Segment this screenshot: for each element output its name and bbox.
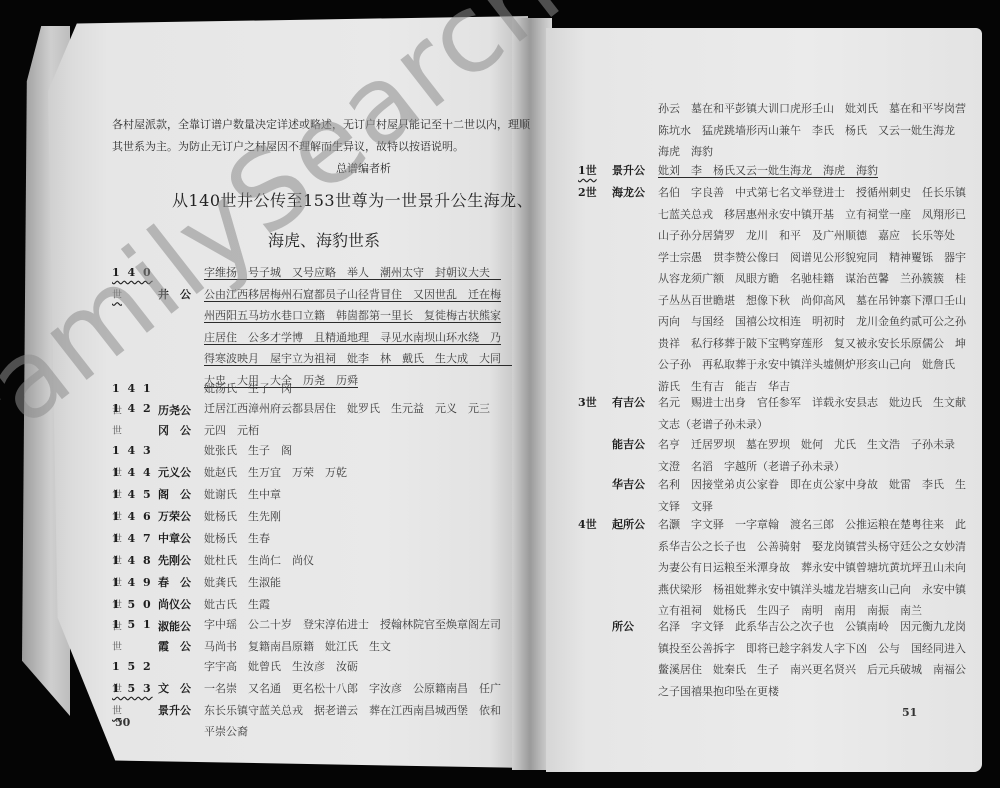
intro-paragraph: 各村屋派款，全靠订谱户数量决定详述或略述，无订户村屋只能记至十二世以内，理顺 其… [112, 114, 512, 158]
entry-text: 妣杨氏 生春 [204, 528, 504, 550]
entry-text: 妣杜氏 生尚仁 尚仪 [204, 550, 504, 572]
entry-text: 迁居江西漳州府云都县居住 妣罗氏 生元益 元义 元三 元四 元栢 [204, 398, 504, 441]
genealogy-entry: 所公名泽 字文铎 此系华吉公之次子也 公镇南岭 因元衡九龙岗镇投至公善拆字 即将… [578, 616, 972, 702]
entry-text: 字维扬 号子城 又号应略 举人 潮州太守 封朝议大夫 公由江西移居梅州石窟都员子… [204, 262, 504, 391]
generation-number: 1 5 1世 [112, 614, 158, 658]
ancestor-name: 华吉公 [612, 474, 658, 496]
entry-text: 名泽 字文铎 此系华吉公之次子也 公镇南岭 因元衡九龙岗镇投至公善拆字 即将已趁… [658, 616, 972, 702]
entry-text: 字宇高 妣曾氏 生汝彦 汝砺 [204, 656, 504, 678]
entry-text: 一名崇 又名通 更名松十八郎 字汝彦 公原籍南昌 任广东长乐镇守蓝关总戎 据老谱… [204, 678, 504, 743]
genealogy-entry: 2世海龙公名伯 字良善 中式第七名文举登进士 授循州刺史 任长乐镇七蓝关总戎 移… [578, 182, 972, 397]
entry-text: 名伯 字良善 中式第七名文举登进士 授循州刺史 任长乐镇七蓝关总戎 移居惠州永安… [658, 182, 972, 397]
entry-text: 妣赵氏 生万宜 万荣 万乾 [204, 462, 504, 484]
editor-signature: 总谱编者析 [336, 160, 391, 176]
entry-text: 名亨 迁居罗坝 墓在罗坝 妣何 尤氏 生文浩 子孙未录 文澄 名滔 字越所（老谱… [658, 434, 972, 477]
continuation-block: 孙云 墓在和平彭镇大训口虎形壬山 妣刘氏 墓在和平岑岗营陈坑水 猛虎跳墙形丙山兼… [578, 98, 972, 163]
entry-text: 妣刘 李 杨氏又云一妣生海龙 海虎 海豹 [658, 160, 972, 182]
genealogy-entry: 1 5 3世景升公一名崇 又名通 更名松十八郎 字汝彦 公原籍南昌 任广东长乐镇… [112, 678, 504, 743]
page-number-right: 51 [902, 706, 917, 719]
generation-number: 1 4 0世 [112, 262, 158, 306]
ancestor-name: 霞 公 [158, 636, 204, 658]
genealogy-entry: 1 4 2世冈 公迁居江西漳州府云都县居住 妣罗氏 生元益 元义 元三 元四 元… [112, 398, 504, 442]
ancestor-name: 起所公 [612, 514, 658, 536]
entry-text: 妣张氏 生子 阁 [204, 440, 504, 462]
page-number-left: 50 [115, 716, 130, 729]
ancestor-name: 景升公 [158, 700, 204, 722]
ancestor-name: 冈 公 [158, 420, 204, 442]
genealogy-entry: 能吉公名亨 迁居罗坝 墓在罗坝 妣何 尤氏 生文浩 子孙未录 文澄 名滔 字越所… [578, 434, 972, 477]
entry-text: 名元 赐进士出身 官任参军 详载永安县志 妣边氏 生文献 文志（老谱子孙未录） [658, 392, 972, 435]
genealogy-entry: 1世景升公妣刘 李 杨氏又云一妣生海龙 海虎 海豹 [578, 160, 972, 182]
entry-text: 字中瑶 公二十岁 登宋淳佑进士 授翰林院官至焕章阁左司马尚书 复籍南昌原籍 妣江… [204, 614, 504, 657]
generation-number: 4世 [578, 514, 612, 536]
entry-text: 妣杨氏 生先刚 [204, 506, 504, 528]
ancestor-name: 海龙公 [612, 182, 658, 204]
section-title-line-2: 海虎、海豹世系 [268, 228, 380, 251]
ancestor-name: 所公 [612, 616, 658, 638]
genealogy-entry: 1 4 0世井 公字维扬 号子城 又号应略 举人 潮州太守 封朝议大夫 公由江西… [112, 262, 504, 391]
entry-text: 妣谢氏 生中章 [204, 484, 504, 506]
genealogy-entry: 华吉公名利 因接堂弟贞公家眷 即在贞公家中身故 妣雷 李氏 生文铎 文驿 [578, 474, 972, 517]
generation-number: 2世 [578, 182, 612, 204]
entry-text: 妣龚氏 生淑能 [204, 572, 504, 594]
intro-line: 其世系为主。为防止无订户之村屋因不理解而生异议，故特以按语说明。 [112, 136, 512, 158]
generation-number: 3世 [578, 392, 612, 414]
section-title-line-1: 从140世井公传至153世尊为一世景升公生海龙、 [172, 188, 533, 211]
genealogy-entry: 1 5 1世霞 公字中瑶 公二十岁 登宋淳佑进士 授翰林院官至焕章阁左司马尚书 … [112, 614, 504, 658]
intro-line: 各村屋派款，全靠订谱户数量决定详述或略述，无订户村屋只能记至十二世以内，理顺 [112, 114, 512, 136]
ancestor-name: 井 公 [158, 284, 204, 306]
generation-number: 1 4 2世 [112, 398, 158, 442]
ancestor-name: 有吉公 [612, 392, 658, 414]
book-spread: 各村屋派款，全靠订谱户数量决定详述或略述，无订户村屋只能记至十二世以内，理顺 其… [0, 0, 1000, 788]
entry-text: 名灏 字文驿 一字章翰 渡名三郎 公推运粮在楚粤往来 此系华吉公之长子也 公善骑… [658, 514, 972, 622]
entry-text: 妣汤氏 生子 冈 [204, 378, 504, 400]
genealogy-entry: 3世有吉公名元 赐进士出身 官任参军 详载永安县志 妣边氏 生文献 文志（老谱子… [578, 392, 972, 435]
entry-text: 妣古氏 生霞 [204, 594, 504, 616]
generation-number: 1世 [578, 160, 612, 182]
ancestor-name: 景升公 [612, 160, 658, 182]
continuation-text: 孙云 墓在和平彭镇大训口虎形壬山 妣刘氏 墓在和平岑岗营陈坑水 猛虎跳墙形丙山兼… [658, 98, 972, 163]
entry-text: 名利 因接堂弟贞公家眷 即在贞公家中身故 妣雷 李氏 生文铎 文驿 [658, 474, 972, 517]
genealogy-entry: 4世起所公名灏 字文驿 一字章翰 渡名三郎 公推运粮在楚粤往来 此系华吉公之长子… [578, 514, 972, 622]
ancestor-name: 能吉公 [612, 434, 658, 456]
